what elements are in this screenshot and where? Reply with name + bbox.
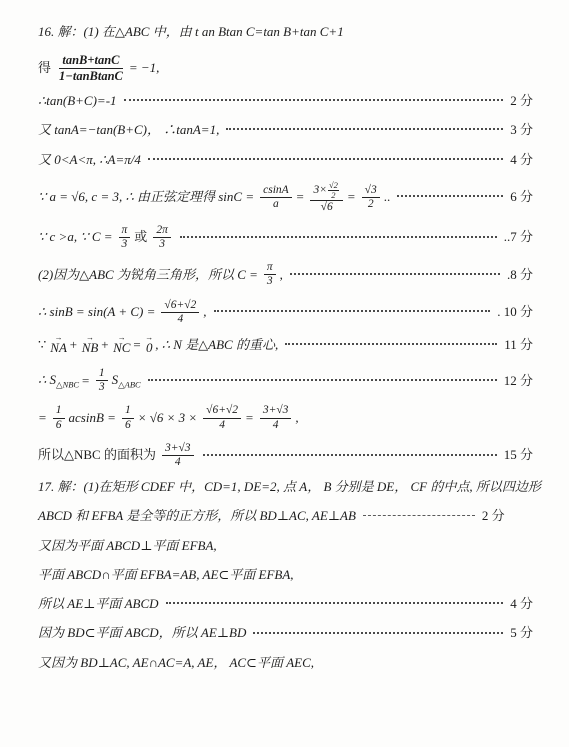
dotted-leader xyxy=(397,194,503,197)
denominator: 6 xyxy=(54,419,64,432)
dotted-leader xyxy=(148,157,503,160)
fraction: tanB+tanC 1−tanBtanC xyxy=(57,53,125,83)
line-text: 又 tanA=−tan(B+C)， ∴tanA=1, xyxy=(38,122,219,138)
dotted-leader xyxy=(285,342,497,345)
line-text: 或 xyxy=(134,229,147,245)
vector-zero: 0 xyxy=(145,336,153,354)
solution-line-16-10: ∵ NA + NB + NC = 0 , ∴ N 是△ABC 的重心, 11 分 xyxy=(38,336,533,354)
dotted-leader xyxy=(166,601,504,604)
solution-line-16-1: 16. 解：(1) 在△ABC 中，由 t an Btan C=tan B+ta… xyxy=(38,24,533,40)
denominator: 3 xyxy=(97,381,107,394)
line-text: ∴ S xyxy=(38,372,56,387)
line-text: ∵ a = √6, c = 3, ∴ 由正弦定理得 sinC = xyxy=(38,189,254,205)
fraction-nested: 3× √2 2 √6 xyxy=(310,181,342,214)
numerator: 3× √2 2 xyxy=(310,181,342,201)
fraction: √6+√2 4 xyxy=(161,299,199,326)
score-label: 5 分 xyxy=(510,625,533,641)
line-text: ∴tan(B+C)=-1 xyxy=(38,93,117,109)
line-text: .. xyxy=(384,189,391,205)
dashed-leader xyxy=(363,514,475,516)
subscript-ABC: △ABC xyxy=(118,379,141,389)
fraction: √6+√2 4 xyxy=(203,404,241,431)
answer-sheet-page: 16. 解：(1) 在△ABC 中，由 t an Btan C=tan B+ta… xyxy=(0,0,569,747)
denominator: 4 xyxy=(271,419,281,432)
score-label: 2 分 xyxy=(482,508,505,524)
vector-NC: NC xyxy=(113,336,130,354)
plus-sign: + xyxy=(69,337,78,353)
denominator: 4 xyxy=(173,456,183,469)
fraction: 3+√3 4 xyxy=(162,442,194,469)
solution-line-16-8: (2)因为△ABC 为锐角三角形，所以 C = π 3 , .8 分 xyxy=(38,261,533,288)
solution-line-17-2: ABCD 和 EFBA 是全等的正方形，所以 BD⊥AC, AE⊥AB 2 分 xyxy=(38,508,533,524)
numerator: √6+√2 xyxy=(161,299,199,313)
denominator: 1−tanBtanC xyxy=(57,69,125,83)
numerator: 1 xyxy=(122,404,134,418)
score-label: 6 分 xyxy=(510,189,533,205)
equals-sign: = xyxy=(296,189,305,205)
score-label: 4 分 xyxy=(510,152,533,168)
fraction: √3 2 xyxy=(362,184,380,211)
line-text: , xyxy=(295,410,298,426)
line-text: 所以△NBC 的面积为 xyxy=(38,447,156,463)
line-text: 平面 ABCD∩平面 EFBA=AB, AE⊂平面 EFBA, xyxy=(38,567,294,583)
question-17-solution: 17. 解：(1)在矩形 CDEF 中，CD=1, DE=2, 点 A， B 分… xyxy=(38,479,533,671)
numerator: csinA xyxy=(260,184,292,198)
score-label: 2 分 xyxy=(510,93,533,109)
fraction: 2π 3 xyxy=(153,224,171,251)
numerator: √6+√2 xyxy=(203,404,241,418)
denominator: 2 xyxy=(366,198,376,211)
fraction: 1 6 xyxy=(53,404,65,431)
dotted-leader xyxy=(226,127,503,130)
solution-line-16-4: 又 tanA=−tan(B+C)， ∴tanA=1, 3 分 xyxy=(38,122,533,138)
solution-line-16-7: ∵ c >a, ∵ C = π 3 或 2π 3 ..7 分 xyxy=(38,224,533,251)
equals-sign: = xyxy=(132,337,141,353)
solution-line-16-13: 所以△NBC 的面积为 3+√3 4 15 分 xyxy=(38,442,533,469)
dotted-leader xyxy=(214,309,491,312)
line-text: 得 xyxy=(38,60,51,76)
line-text: 17. 解：(1)在矩形 CDEF 中，CD=1, DE=2, 点 A， B 分… xyxy=(38,479,541,495)
numerator: 1 xyxy=(53,404,65,418)
line-text: ∵ c >a, ∵ C = xyxy=(38,229,113,245)
line-text: 又 0<A<π, ∴A=π/4 xyxy=(38,152,141,168)
solution-line-16-12: = 1 6 acsinB = 1 6 × √6 × 3 × √6+√2 4 = … xyxy=(38,404,533,431)
numerator: 3+√3 xyxy=(260,404,292,418)
line-text: , ∴ N 是△ABC 的重心, xyxy=(155,337,278,353)
line-text: = −1, xyxy=(129,60,160,76)
line-text: (2)因为△ABC 为锐角三角形，所以 C = xyxy=(38,267,258,283)
solution-line-16-6: ∵ a = √6, c = 3, ∴ 由正弦定理得 sinC = csinA a… xyxy=(38,181,533,214)
numerator: tanB+tanC xyxy=(59,53,122,68)
numerator: 1 xyxy=(96,367,108,381)
fraction: 1 3 xyxy=(96,367,108,394)
denominator: 2 xyxy=(329,191,337,200)
denominator: 4 xyxy=(175,313,185,326)
line-text: , xyxy=(203,304,206,320)
solution-line-16-5: 又 0<A<π, ∴A=π/4 4 分 xyxy=(38,152,533,168)
numerator: 2π xyxy=(153,224,171,238)
solution-line-17-6: 因为 BD⊂平面 ABCD，所以 AE⊥BD 5 分 xyxy=(38,625,533,641)
equals-sign: = xyxy=(245,410,254,426)
score-label: 12 分 xyxy=(504,373,533,389)
line-text: × √6 × 3 × xyxy=(138,410,197,426)
solution-line-17-1: 17. 解：(1)在矩形 CDEF 中，CD=1, DE=2, 点 A， B 分… xyxy=(38,479,533,495)
score-label: 11 分 xyxy=(504,337,533,353)
numerator: 3+√3 xyxy=(162,442,194,456)
dotted-leader xyxy=(124,98,504,101)
denominator: √6 xyxy=(319,201,335,214)
denominator: a xyxy=(271,198,281,211)
numerator: √3 xyxy=(362,184,380,198)
vector-NA: NA xyxy=(50,336,67,354)
equals-sign: = xyxy=(81,373,90,389)
line-text: 所以 AE⊥平面 ABCD xyxy=(38,596,159,612)
fraction: 3+√3 4 xyxy=(260,404,292,431)
numerator-prefix: 3× xyxy=(313,184,327,197)
fraction: 1 6 xyxy=(122,404,134,431)
fraction: √2 2 xyxy=(328,181,339,200)
line-text: ∴ S△NBC xyxy=(38,372,79,390)
line-text: S△ABC xyxy=(112,372,141,390)
line-text: 又因为 BD⊥AC, AE∩AC=A, AE， AC⊂平面 AEC, xyxy=(38,655,314,671)
numerator: π xyxy=(264,261,276,275)
solution-line-17-7: 又因为 BD⊥AC, AE∩AC=A, AE， AC⊂平面 AEC, xyxy=(38,655,533,671)
line-text: 因为 BD⊂平面 ABCD，所以 AE⊥BD xyxy=(38,625,246,641)
score-label: .8 分 xyxy=(507,267,533,283)
score-label: 15 分 xyxy=(504,447,533,463)
dotted-leader xyxy=(203,453,497,456)
subscript-NBC: △NBC xyxy=(56,379,79,389)
line-text: , xyxy=(280,267,283,283)
line-text: ∵ xyxy=(38,337,46,353)
dotted-leader xyxy=(180,235,497,238)
equals-sign: = xyxy=(347,189,356,205)
solution-line-17-3: 又因为平面 ABCD⊥平面 EFBA, xyxy=(38,538,533,554)
fraction: csinA a xyxy=(260,184,292,211)
denominator: 3 xyxy=(265,275,275,288)
fraction: π 3 xyxy=(119,224,131,251)
line-text: 又因为平面 ABCD⊥平面 EFBA, xyxy=(38,538,217,554)
solution-line-17-5: 所以 AE⊥平面 ABCD 4 分 xyxy=(38,596,533,612)
solution-line-16-9: ∴ sinB = sin(A + C) = √6+√2 4 , . 10 分 xyxy=(38,299,533,326)
solution-line-17-4: 平面 ABCD∩平面 EFBA=AB, AE⊂平面 EFBA, xyxy=(38,567,533,583)
vector-NB: NB xyxy=(82,336,99,354)
line-text: 16. 解：(1) 在△ABC 中，由 t an Btan C=tan B+ta… xyxy=(38,24,344,40)
solution-line-16-3: ∴tan(B+C)=-1 2 分 xyxy=(38,93,533,109)
question-16-solution: 16. 解：(1) 在△ABC 中，由 t an Btan C=tan B+ta… xyxy=(38,24,533,469)
denominator: 3 xyxy=(157,238,167,251)
line-text: ABCD 和 EFBA 是全等的正方形，所以 BD⊥AC, AE⊥AB xyxy=(38,508,356,524)
fraction: π 3 xyxy=(264,261,276,288)
line-text: acsinB = xyxy=(69,410,116,426)
dotted-leader xyxy=(290,272,500,275)
dotted-leader xyxy=(253,631,503,634)
solution-line-16-2: 得 tanB+tanC 1−tanBtanC = −1, xyxy=(38,53,533,83)
score-label: . 10 分 xyxy=(497,304,533,320)
numerator: π xyxy=(119,224,131,238)
score-label: 3 分 xyxy=(510,122,533,138)
plus-sign: + xyxy=(100,337,109,353)
score-label: 4 分 xyxy=(510,596,533,612)
equals-sign: = xyxy=(38,410,47,426)
line-text: ∴ sinB = sin(A + C) = xyxy=(38,304,155,320)
denominator: 4 xyxy=(217,419,227,432)
dotted-leader xyxy=(148,378,497,381)
denominator: 6 xyxy=(123,419,133,432)
denominator: 3 xyxy=(120,238,130,251)
solution-line-16-11: ∴ S△NBC = 1 3 S△ABC 12 分 xyxy=(38,367,533,394)
score-label: ..7 分 xyxy=(504,229,533,245)
